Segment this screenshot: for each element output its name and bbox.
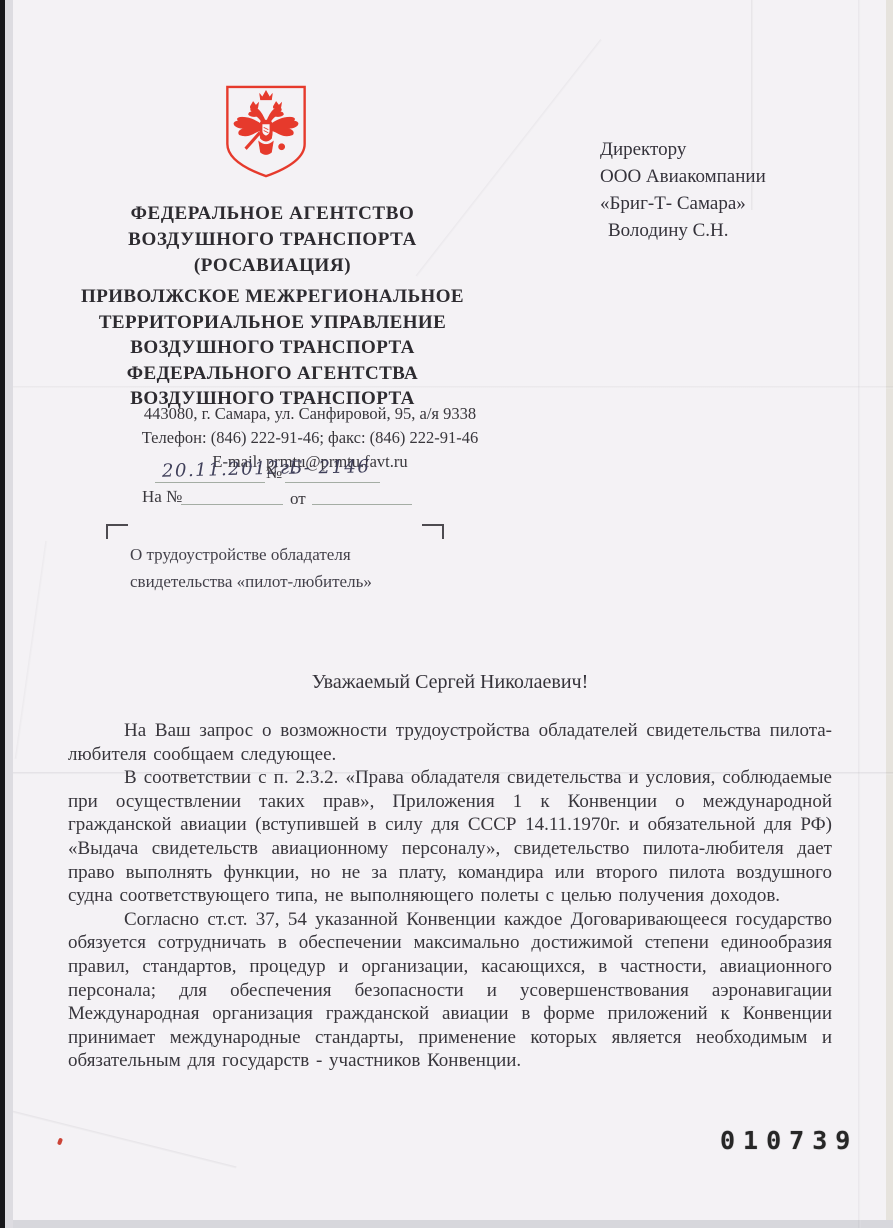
recipient-line: «Бриг-Т- Самара» [600, 190, 860, 217]
recipient-line: Директору [600, 136, 860, 163]
number-sign-label: № [266, 463, 282, 483]
russia-coat-of-arms-icon [220, 80, 312, 189]
recipient-line: Володину С.Н. [600, 217, 860, 244]
scan-edge-bottom [0, 1220, 893, 1228]
scan-edge-left-shadow [5, 0, 13, 1228]
department-name: ПРИВОЛЖСКОЕ МЕЖРЕГИОНАЛЬНОЕ ТЕРРИТОРИАЛЬ… [20, 284, 525, 412]
incoming-from-underline [312, 504, 412, 505]
outgoing-number-handwritten: Б- 2146 [289, 456, 371, 478]
number-underline [285, 482, 380, 483]
date-underline [155, 482, 265, 483]
department-name-line: ТЕРРИТОРИАЛЬНОЕ УПРАВЛЕНИЕ [20, 310, 525, 336]
body-paragraph: Согласно ст.ст. 37, 54 указанной Конвенц… [68, 908, 832, 1073]
salutation: Уважаемый Сергей Николаевич! [70, 671, 830, 694]
department-name-line: ПРИВОЛЖСКОЕ МЕЖРЕГИОНАЛЬНОЕ [20, 284, 525, 310]
department-name-line: ВОЗДУШНОГО ТРАНСПОРТА [20, 335, 525, 361]
paper-crease [0, 1104, 237, 1170]
recipient-line: ООО Авиакомпании [600, 163, 860, 190]
contact-address: 443080, г. Самара, ул. Санфировой, 95, а… [70, 402, 550, 426]
scan-edge-right [886, 0, 893, 1228]
contact-phone: Телефон: (846) 222-91-46; факс: (846) 22… [70, 426, 550, 450]
letter-body: На Ваш запрос о возможности трудоустройс… [68, 719, 832, 1073]
agency-name-line: ВОЗДУШНОГО ТРАНСПОРТА [35, 227, 510, 253]
subject-block: О трудоустройстве обладателя свидетельст… [130, 541, 460, 595]
subject-corner-left [106, 524, 128, 539]
subject-corner-right [422, 524, 444, 539]
subject-line: свидетельства «пилот-любитель» [130, 568, 460, 595]
recipient-block: Директору ООО Авиакомпании «Бриг-Т- Сама… [600, 136, 860, 244]
incoming-number-underline [181, 504, 283, 505]
body-paragraph: На Ваш запрос о возможности трудоустройс… [68, 719, 832, 766]
agency-name-line: (РОСАВИАЦИЯ) [35, 253, 510, 279]
incoming-number-label: На № [142, 487, 182, 507]
body-paragraph: В соответствии с п. 2.3.2. «Права облада… [68, 766, 832, 908]
incoming-from-label: от [290, 489, 306, 509]
stamp-number: 010739 [720, 1126, 858, 1155]
subject-line: О трудоустройстве обладателя [130, 541, 460, 568]
department-name-line: ФЕДЕРАЛЬНОГО АГЕНТСТВА [20, 361, 525, 387]
scanned-letter-page: Директору ООО Авиакомпании «Бриг-Т- Сама… [0, 0, 893, 1228]
paper-crease [15, 541, 49, 759]
agency-name-line: ФЕДЕРАЛЬНОЕ АГЕНТСТВО [35, 201, 510, 227]
ink-speck [57, 1138, 63, 1146]
agency-name: ФЕДЕРАЛЬНОЕ АГЕНТСТВО ВОЗДУШНОГО ТРАНСПО… [35, 201, 510, 279]
